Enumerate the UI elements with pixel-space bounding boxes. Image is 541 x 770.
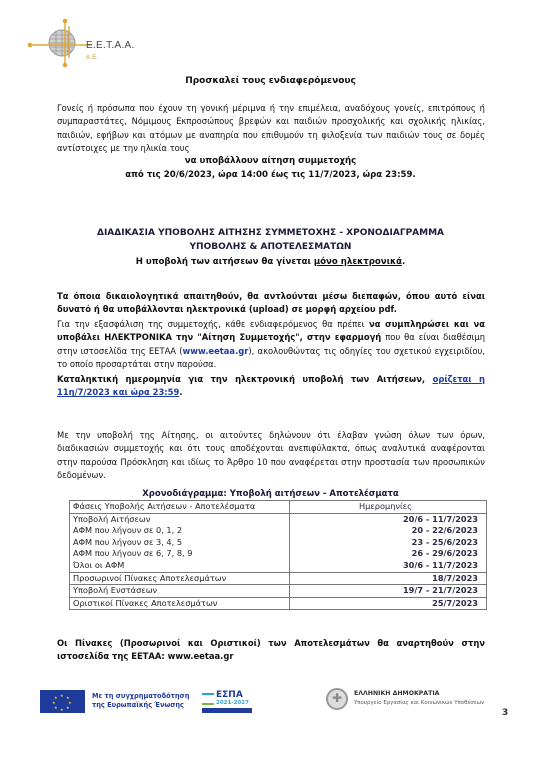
timeline-row: ΑΦΜ που λήγουν σε 0, 1, 220 - 22/6/2023 (70, 525, 487, 537)
phase-column-header: Φάσεις Υποβολής Αιτήσεων - Αποτελέσματα (70, 501, 290, 514)
deadline-paragraph: Καταληκτική ημερομηνία για την ηλεκτρονι… (57, 373, 485, 400)
globe-logo-icon (22, 18, 92, 68)
phase-cell: Υποβολή Ενστάσεων (70, 585, 290, 598)
timeline-table-title: Χρονοδιάγραμμα: Υποβολή αιτήσεων - Αποτε… (0, 489, 541, 499)
timeline-row: Υποβολή Αιτήσεων20/6 - 11/7/2023 (70, 513, 487, 525)
documents-paragraph: Τα όποια δικαιολογητικά απαιτηθούν, θα α… (57, 290, 485, 317)
period-line: από τις 20/6/2023, ώρα 14:00 έως τις 11/… (0, 169, 541, 182)
eetaa-website-link[interactable]: www.eetaa.gr (183, 346, 249, 356)
timeline-table: Φάσεις Υποβολής Αιτήσεων - Αποτελέσματα … (69, 500, 487, 610)
logo-wordmark: E.E.T.A.A. A.E. (86, 40, 142, 62)
results-note: Οι Πίνακες (Προσωρινοί και Οριστικοί) τω… (57, 637, 485, 664)
greek-coat-of-arms-icon (326, 688, 348, 710)
phase-cell: Όλοι οι ΑΦΜ (70, 560, 290, 572)
phase-cell: Προσωρινοί Πίνακες Αποτελεσμάτων (70, 572, 290, 585)
timeline-row: Όλοι οι ΑΦΜ30/6 - 11/7/2023 (70, 560, 487, 572)
espa-logo: ΕΣΠΑ 2021-2027 (202, 690, 254, 714)
ministry-name: Υπουργείο Εργασίας και Κοινωνικών Υποθέσ… (354, 700, 484, 706)
timeline-row: Προσωρινοί Πίνακες Αποτελεσμάτων18/7/202… (70, 572, 487, 585)
timeline-row: Υποβολή Ενστάσεων19/7 - 21/7/2023 (70, 585, 487, 598)
dates-cell: 23 - 25/6/2023 (290, 537, 487, 549)
dates-cell: 25/7/2023 (290, 597, 487, 610)
phase-cell: ΑΦΜ που λήγουν σε 3, 4, 5 (70, 537, 290, 549)
timeline-row: Οριστικοί Πίνακες Αποτελεσμάτων25/7/2023 (70, 597, 487, 610)
invite-line: Προσκαλεί τους ενδιαφερόμενους (0, 76, 541, 86)
dates-cell: 30/6 - 11/7/2023 (290, 560, 487, 572)
espa-stripes-icon (202, 693, 214, 705)
procedure-heading-line1: ΔΙΑΔΙΚΑΣΙΑ ΥΠΟΒΟΛΗΣ ΑΙΤΗΣΗΣ ΣΥΜΜΕΤΟΧΗΣ -… (0, 227, 541, 241)
intro-paragraph: Γονείς ή πρόσωπα που έχουν τη γονική μέρ… (57, 102, 485, 155)
electronic-only-line: Η υποβολή των αιτήσεων θα γίνεται μόνο η… (0, 256, 541, 269)
timeline-row: ΑΦΜ που λήγουν σε 6, 7, 8, 926 - 29/6/20… (70, 548, 487, 560)
procedure-heading-line2: ΥΠΟΒΟΛΗΣ & ΑΠΟΤΕΛΕΣΜΑΤΩΝ (0, 241, 541, 255)
phase-cell: Οριστικοί Πίνακες Αποτελεσμάτων (70, 597, 290, 610)
secure-participation-paragraph: Για την εξασφάλιση της συμμετοχής, κάθε … (57, 318, 485, 371)
electronic-only-emphasis: μόνο ηλεκτρονικά (314, 257, 402, 267)
terms-paragraph: Με την υποβολή της Αίτησης, οι αιτούντες… (57, 429, 485, 482)
eetaa-logo: E.E.T.A.A. A.E. (22, 18, 142, 68)
eu-cofunding-text: Με τη συγχρηματοδότηση της Ευρωπαϊκής Έν… (92, 692, 212, 709)
phase-cell: ΑΦΜ που λήγουν σε 0, 1, 2 (70, 525, 290, 537)
timeline-row: ΑΦΜ που λήγουν σε 3, 4, 523 - 25/6/2023 (70, 537, 487, 549)
submit-line: να υποβάλλουν αίτηση συμμετοχής (0, 155, 541, 168)
phase-cell: Υποβολή Αιτήσεων (70, 513, 290, 525)
dates-cell: 19/7 - 21/7/2023 (290, 585, 487, 598)
dates-cell: 20 - 22/6/2023 (290, 525, 487, 537)
dates-cell: 20/6 - 11/7/2023 (290, 513, 487, 525)
eu-flag-icon: ★★★ ★★★ ★★ (40, 690, 85, 713)
phase-cell: ΑΦΜ που λήγουν σε 6, 7, 8, 9 (70, 548, 290, 560)
page-number: 3 (502, 708, 508, 718)
document-page: E.E.T.A.A. A.E. Προσκαλεί τους ενδιαφερό… (0, 0, 541, 770)
dates-column-header: Ημερομηνίες (290, 501, 487, 514)
gov-title: ΕΛΛΗΝΙΚΗ ΔΗΜΟΚΡΑΤΙΑ (354, 690, 439, 697)
timeline-header-row: Φάσεις Υποβολής Αιτήσεων - Αποτελέσματα … (70, 501, 487, 514)
dates-cell: 26 - 29/6/2023 (290, 548, 487, 560)
dates-cell: 18/7/2023 (290, 572, 487, 585)
